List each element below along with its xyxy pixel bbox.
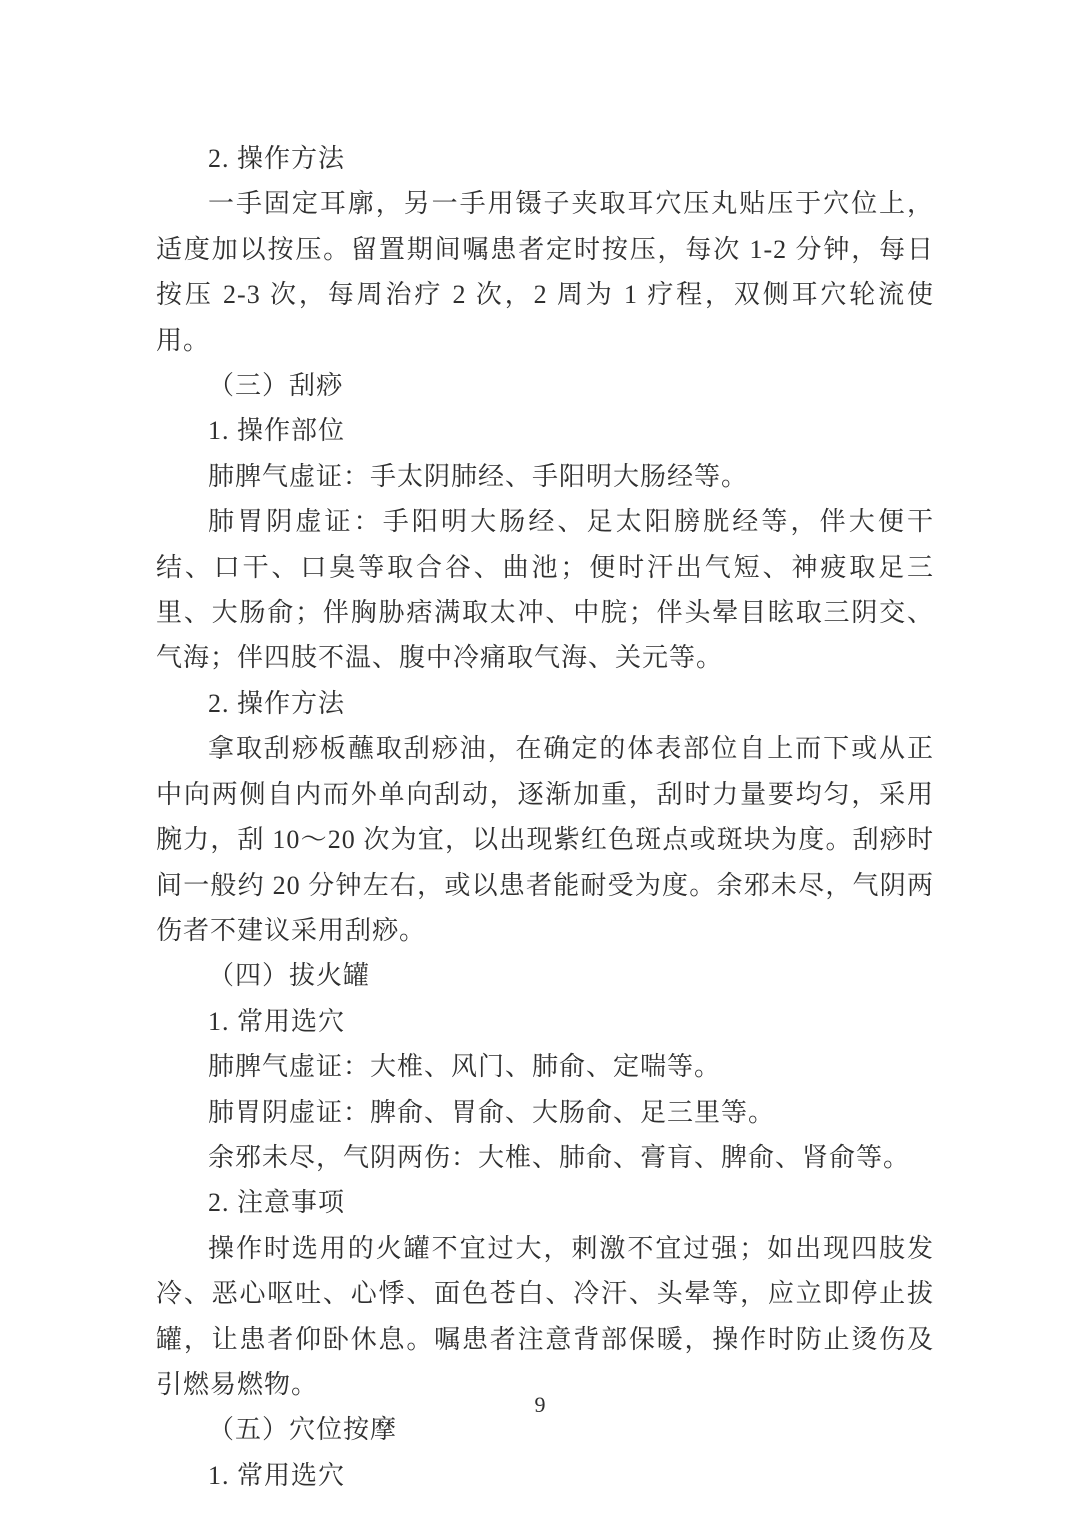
heading-operation-method-ear: 2. 操作方法 [156,136,934,181]
heading-section-guasha: （三）刮痧 [156,363,934,408]
heading-common-acupoints-massage: 1. 常用选穴 [156,1453,934,1498]
para-cupping-residual-pathogen: 余邪未尽，气阴两伤：大椎、肺俞、膏肓、脾俞、肾俞等。 [156,1135,934,1180]
para-guasha-lung-stomach-yin-deficiency: 肺胃阴虚证：手阳明大肠经、足太阳膀胱经等，伴大便干结、口干、口臭等取合谷、曲池；… [156,499,934,681]
heading-operation-sites: 1. 操作部位 [156,408,934,453]
para-ear-pressing-method: 一手固定耳廓，另一手用镊子夹取耳穴压丸贴压于穴位上，适度加以按压。留置期间嘱患者… [156,181,934,363]
document-body: 2. 操作方法 一手固定耳廓，另一手用镊子夹取耳穴压丸贴压于穴位上，适度加以按压… [156,136,934,1498]
page-footer: 9 [0,1392,1080,1418]
para-guasha-lung-spleen-qi-deficiency: 肺脾气虚证：手太阴肺经、手阳明大肠经等。 [156,454,934,499]
para-cupping-lung-stomach-yin-deficiency: 肺胃阴虚证：脾俞、胃俞、大肠俞、足三里等。 [156,1090,934,1135]
heading-operation-method-guasha: 2. 操作方法 [156,681,934,726]
heading-section-cupping: （四）拔火罐 [156,953,934,998]
para-cupping-lung-spleen-qi-deficiency: 肺脾气虚证：大椎、风门、肺俞、定喘等。 [156,1044,934,1089]
para-guasha-method: 拿取刮痧板蘸取刮痧油，在确定的体表部位自上而下或从正中向两侧自内而外单向刮动，逐… [156,726,934,953]
heading-precautions: 2. 注意事项 [156,1180,934,1225]
para-cupping-precautions: 操作时选用的火罐不宜过大，刺激不宜过强；如出现四肢发冷、恶心呕吐、心悸、面色苍白… [156,1226,934,1408]
heading-common-acupoints-cupping: 1. 常用选穴 [156,999,934,1044]
document-page: 2. 操作方法 一手固定耳廓，另一手用镊子夹取耳穴压丸贴压于穴位上，适度加以按压… [0,0,1080,1527]
page-number: 9 [535,1392,546,1417]
